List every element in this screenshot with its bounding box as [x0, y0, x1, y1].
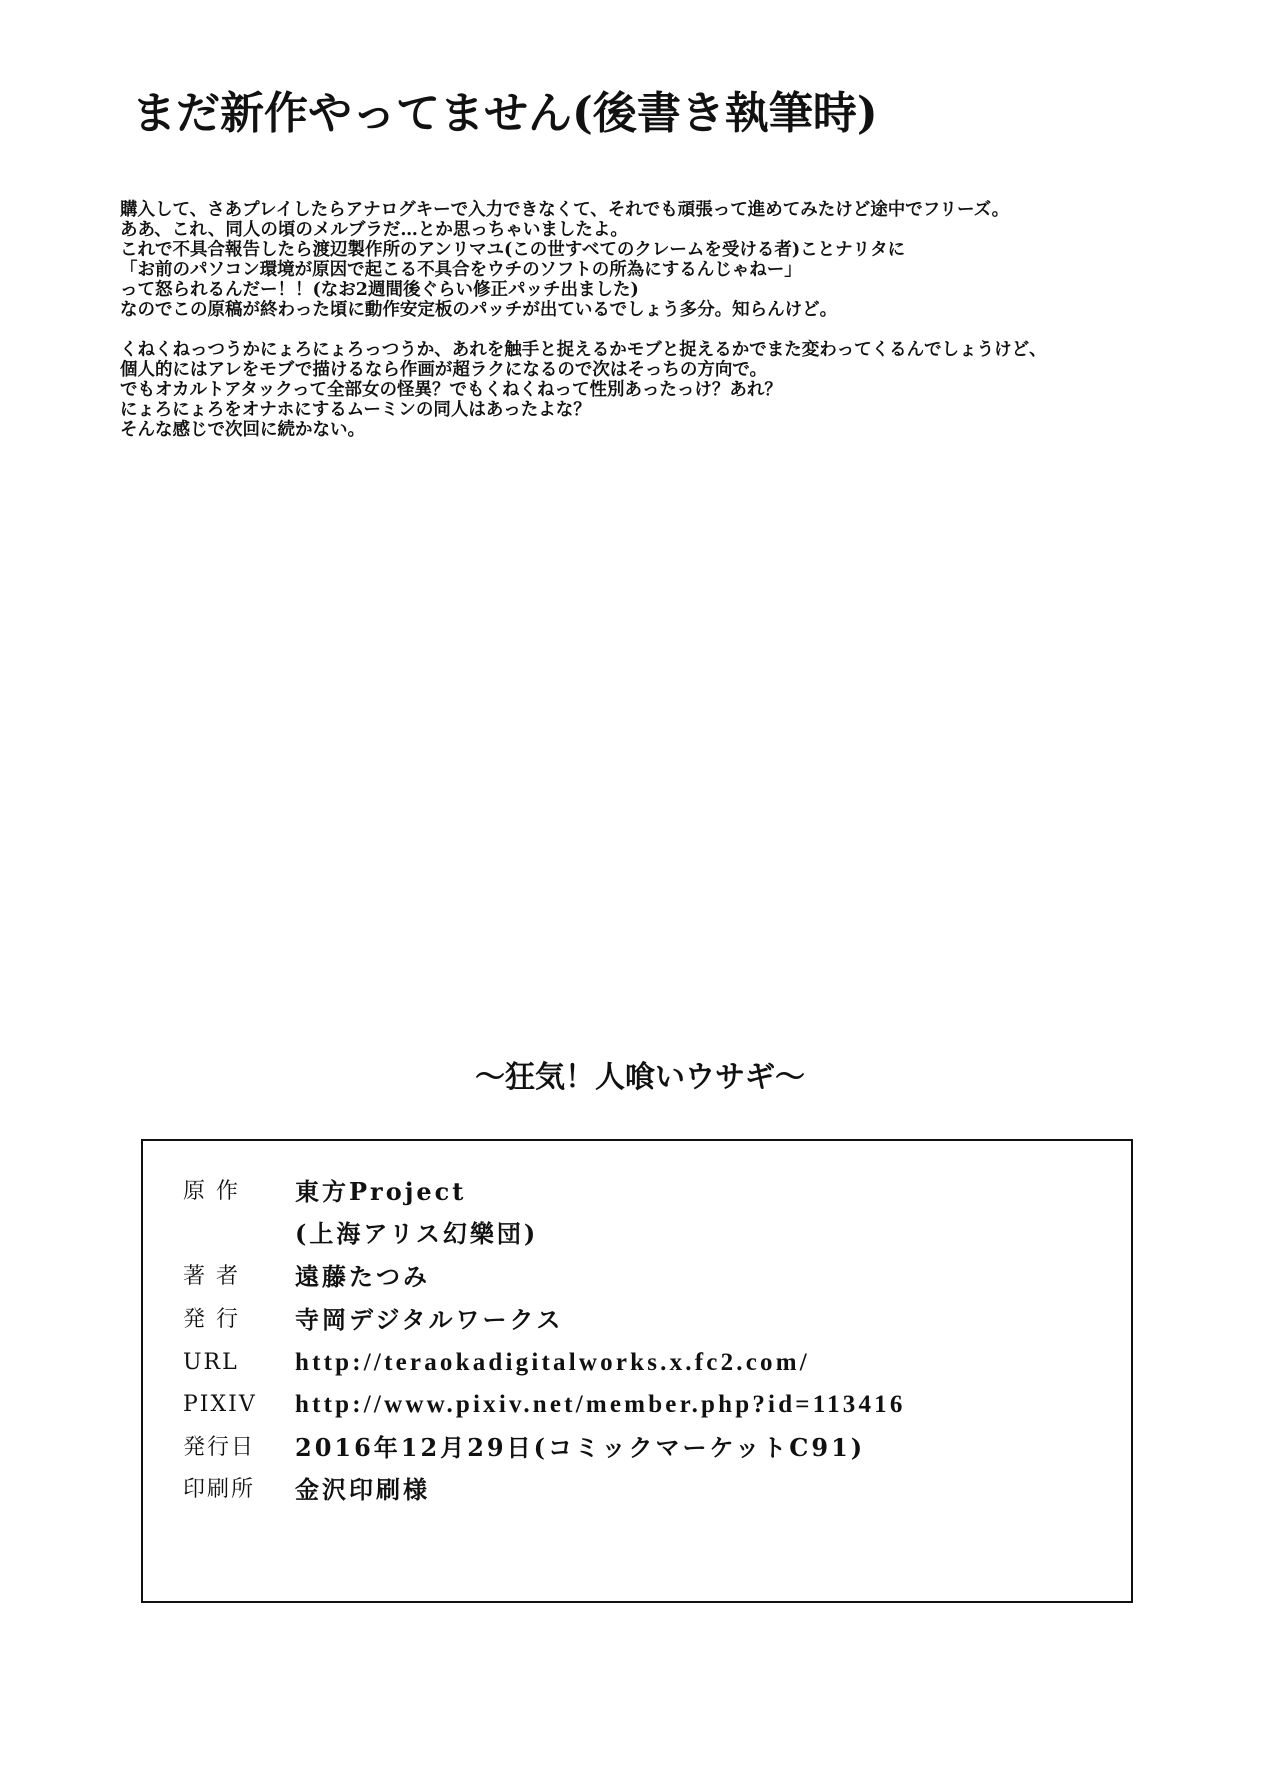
row-label: 原 作	[183, 1172, 283, 1212]
row-value: 寺岡デジタルワークス	[295, 1300, 563, 1340]
afterword-paragraph-1: 購入して、さあプレイしたらアナログキーで入力できなくて、それでも頑張って進めてみ…	[120, 200, 1180, 320]
row-label: PIXIV	[183, 1385, 283, 1425]
pixiv-link[interactable]: http://www.pixiv.net/member.php?id=11341…	[295, 1385, 906, 1425]
text-line: 個人的にはアレをモブで描けるなら作画が超ラクになるので次はそっちの方向で。	[120, 360, 1180, 380]
row-label: 発行日	[183, 1428, 283, 1468]
row-label: 発 行	[183, 1300, 283, 1340]
colophon-row-publisher: 発 行 寺岡デジタルワークス	[143, 1300, 1131, 1340]
row-value: 遠藤たつみ	[295, 1257, 430, 1297]
colophon-row-original-work: 原 作 東方Project	[143, 1172, 1131, 1212]
colophon-row-url: URL http://teraokadigitalworks.x.fc2.com…	[143, 1343, 1131, 1383]
text-line: ああ、これ、同人の頃のメルブラだ…とか思っちゃいましたよ。	[120, 220, 1180, 240]
afterword-body: 購入して、さあプレイしたらアナログキーで入力できなくて、それでも頑張って進めてみ…	[120, 200, 1180, 460]
colophon-row-pixiv: PIXIV http://www.pixiv.net/member.php?id…	[143, 1385, 1131, 1425]
row-label: URL	[183, 1343, 283, 1383]
afterword-title: まだ新作やってません(後書き執筆時)	[132, 86, 878, 142]
text-line: って怒られるんだー！！(なお2週間後ぐらい修正パッチ出ました)	[120, 280, 1180, 300]
row-value: (上海アリス幻樂団)	[295, 1214, 538, 1254]
text-line: これで不具合報告したら渡辺製作所のアンリマユ(この世すべてのクレームを受ける者)…	[120, 240, 1180, 260]
text-line: にょろにょろをオナホにするムーミンの同人はあったよな？	[120, 400, 1180, 420]
text-line: 購入して、さあプレイしたらアナログキーで入力できなくて、それでも頑張って進めてみ…	[120, 200, 1180, 220]
text-line: なのでこの原稿が終わった頃に動作安定板のパッチが出ているでしょう多分。知らんけど…	[120, 300, 1180, 320]
row-label: 印刷所	[183, 1470, 283, 1510]
colophon-row-printer: 印刷所 金沢印刷様	[143, 1470, 1131, 1510]
afterword-paragraph-2: くねくねっつうかにょろにょろっつうか、あれを触手と捉えるかモブと捉えるかでまた変…	[120, 340, 1180, 440]
colophon-row-author: 著 者 遠藤たつみ	[143, 1257, 1131, 1297]
text-line: 「お前のパソコン環境が原因で起こる不具合をウチのソフトの所為にするんじゃねー」	[120, 260, 1180, 280]
text-line: でもオカルトアタックって全部女の怪異？でもくねくねって性別あったっけ？あれ？	[120, 380, 1180, 400]
row-value: 金沢印刷様	[295, 1470, 430, 1510]
text-line: くねくねっつうかにょろにょろっつうか、あれを触手と捉えるかモブと捉えるかでまた変…	[120, 340, 1180, 360]
colophon-row-original-work-circle: (上海アリス幻樂団)	[143, 1214, 1131, 1254]
text-line: そんな感じで次回に続かない。	[120, 420, 1180, 440]
row-value: 東方Project	[295, 1172, 466, 1212]
colophon-box: 原 作 東方Project (上海アリス幻樂団) 著 者 遠藤たつみ 発 行 寺…	[141, 1139, 1133, 1603]
colophon-row-publish-date: 発行日 2016年12月29日(コミックマーケットC91)	[143, 1428, 1131, 1468]
row-label: 著 者	[183, 1257, 283, 1297]
url-link[interactable]: http://teraokadigitalworks.x.fc2.com/	[295, 1343, 810, 1383]
book-title: ～狂気！人喰いウサギ～	[0, 1058, 1280, 1098]
row-value: 2016年12月29日(コミックマーケットC91)	[295, 1428, 865, 1468]
